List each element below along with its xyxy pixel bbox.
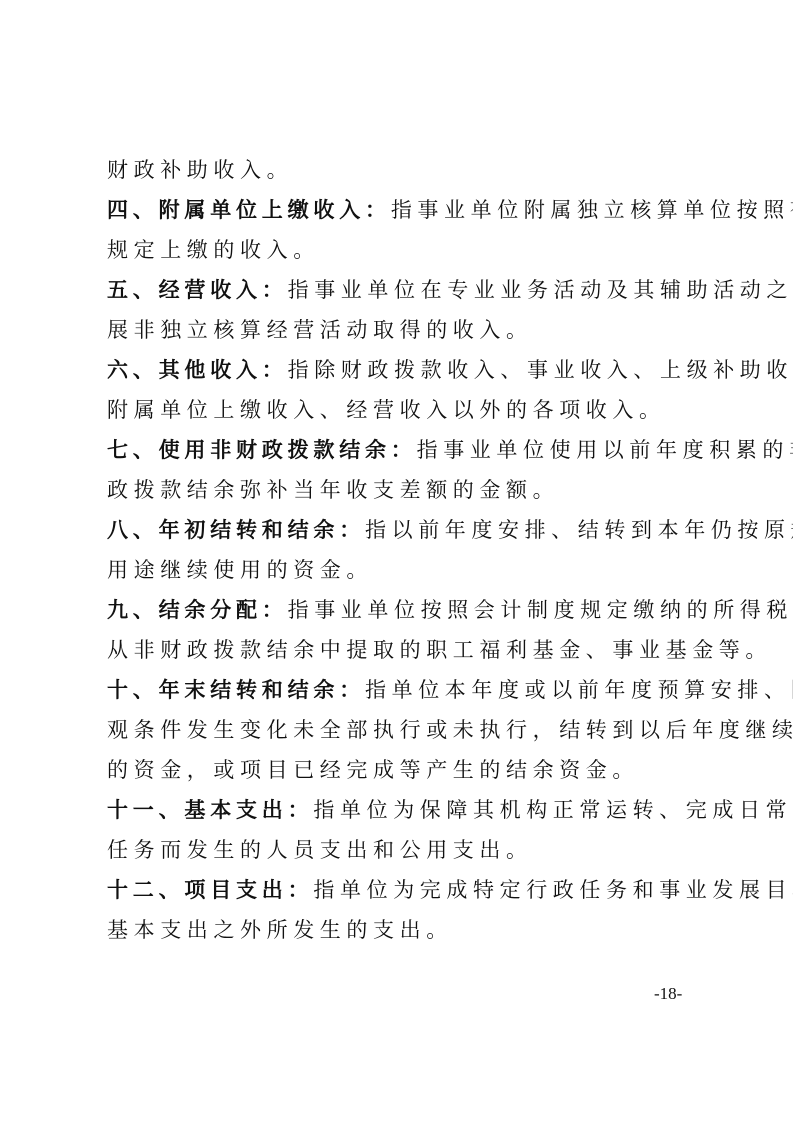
definition-line-11: 十一、基本支出：指单位为保障其机构正常运转、完成日常工作: [107, 790, 693, 830]
definition-line-9: 九、结余分配：指事业单位按照会计制度规定缴纳的所得税以及: [107, 590, 693, 630]
definition-text: 指除财政拨款收入、事业收入、上级补助收入、: [288, 358, 793, 382]
definition-text: 规定上缴的收入。: [107, 238, 320, 262]
definition-text: 指事业单位使用以前年度积累的非财: [417, 438, 793, 462]
term-label: 十、年末结转和结余：: [107, 678, 365, 702]
text-line: 基本支出之外所发生的支出。: [107, 910, 693, 950]
definition-text: 的资金，或项目已经完成等产生的结余资金。: [107, 758, 639, 782]
definition-line-10: 十、年末结转和结余：指单位本年度或以前年度预算安排、因客: [107, 670, 693, 710]
definition-text: 指单位为保障其机构正常运转、完成日常工作: [313, 798, 793, 822]
text-line: 财政补助收入。: [107, 150, 693, 190]
text-line: 附属单位上缴收入、经营收入以外的各项收入。: [107, 390, 693, 430]
term-label: 六、其他收入：: [107, 358, 288, 382]
text-line: 用途继续使用的资金。: [107, 550, 693, 590]
text-line: 展非独立核算经营活动取得的收入。: [107, 310, 693, 350]
term-label: 四、附属单位上缴收入：: [107, 198, 391, 222]
document-body: 财政补助收入。 四、附属单位上缴收入：指事业单位附属独立核算单位按照有关 规定上…: [107, 150, 693, 950]
definition-text: 任务而发生的人员支出和公用支出。: [107, 838, 533, 862]
term-label: 五、经营收入：: [107, 278, 288, 302]
definition-text: 用途继续使用的资金。: [107, 558, 373, 582]
text-line: 任务而发生的人员支出和公用支出。: [107, 830, 693, 870]
term-label: 十一、基本支出：: [107, 798, 313, 822]
definition-text: 指事业单位按照会计制度规定缴纳的所得税以及: [288, 598, 793, 622]
text-line: 规定上缴的收入。: [107, 230, 693, 270]
definition-text: 指单位为完成特定行政任务和事业发展目标在: [313, 878, 793, 902]
definition-line-7: 七、使用非财政拨款结余：指事业单位使用以前年度积累的非财: [107, 430, 693, 470]
definition-text: 指以前年度安排、结转到本年仍按原规定: [365, 518, 793, 542]
definition-text: 从非财政拨款结余中提取的职工福利基金、事业基金等。: [107, 638, 772, 662]
definition-text: 财政补助收入。: [107, 158, 293, 182]
definition-text: 指单位本年度或以前年度预算安排、因客: [365, 678, 793, 702]
definition-text: 附属单位上缴收入、经营收入以外的各项收入。: [107, 398, 666, 422]
definition-text: 基本支出之外所发生的支出。: [107, 918, 453, 942]
definition-line-6: 六、其他收入：指除财政拨款收入、事业收入、上级补助收入、: [107, 350, 693, 390]
definition-line-8: 八、年初结转和结余：指以前年度安排、结转到本年仍按原规定: [107, 510, 693, 550]
definition-line-4: 四、附属单位上缴收入：指事业单位附属独立核算单位按照有关: [107, 190, 693, 230]
definition-text: 政拨款结余弥补当年收支差额的金额。: [107, 478, 559, 502]
term-label: 八、年初结转和结余：: [107, 518, 365, 542]
text-line: 的资金，或项目已经完成等产生的结余资金。: [107, 750, 693, 790]
text-line: 从非财政拨款结余中提取的职工福利基金、事业基金等。: [107, 630, 693, 670]
definition-line-12: 十二、项目支出：指单位为完成特定行政任务和事业发展目标在: [107, 870, 693, 910]
term-label: 十二、项目支出：: [107, 878, 313, 902]
definition-text: 观条件发生变化未全部执行或未执行，结转到以后年度继续使用: [107, 718, 793, 742]
page-number: -18-: [654, 984, 682, 1004]
text-line: 政拨款结余弥补当年收支差额的金额。: [107, 470, 693, 510]
text-line: 观条件发生变化未全部执行或未执行，结转到以后年度继续使用: [107, 710, 693, 750]
definition-text: 展非独立核算经营活动取得的收入。: [107, 318, 533, 342]
definition-text: 指事业单位附属独立核算单位按照有关: [391, 198, 793, 222]
term-label: 九、结余分配：: [107, 598, 288, 622]
definition-text: 指事业单位在专业业务活动及其辅助活动之外开: [288, 278, 793, 302]
definition-line-5: 五、经营收入：指事业单位在专业业务活动及其辅助活动之外开: [107, 270, 693, 310]
term-label: 七、使用非财政拨款结余：: [107, 438, 417, 462]
